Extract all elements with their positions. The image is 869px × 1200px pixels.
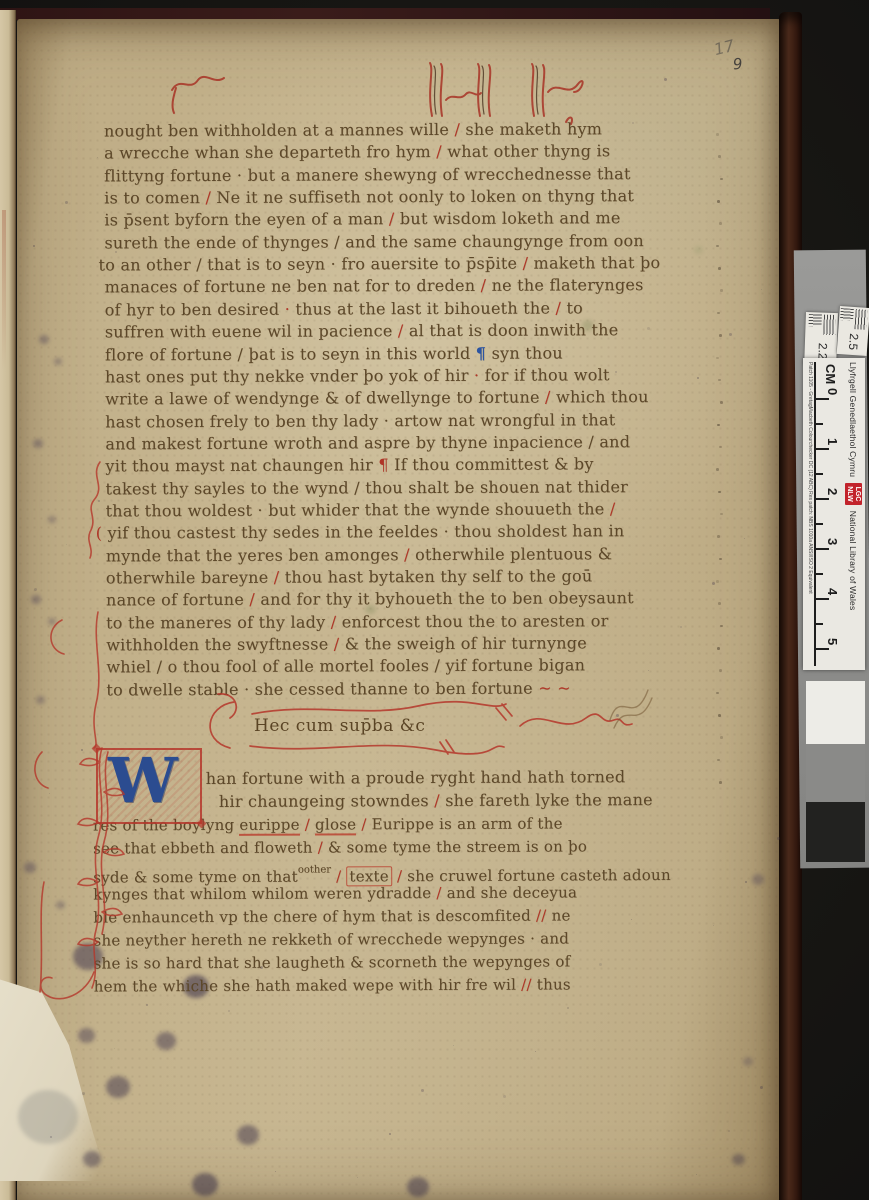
half-cm-tick — [816, 523, 823, 525]
ink-text: If thou committest & by — [394, 455, 594, 475]
ink-text: ne — [552, 906, 571, 924]
manuscript-line: manaces of fortune ne ben nat for to dre… — [105, 277, 644, 297]
red-virgule: / — [300, 816, 315, 834]
manuscript-line: nought ben withholden at a mannes wille … — [104, 120, 602, 140]
red-virgule: / — [449, 120, 465, 139]
ink-text: to an other / that is to seyn · fro auer… — [98, 254, 517, 275]
ink-text: she maketh hym — [465, 119, 602, 139]
ink-text: she fareth lyke the mane — [445, 790, 653, 810]
ink-text: but wisdom loketh and me — [400, 209, 621, 229]
red-virgule: · — [469, 366, 485, 385]
red-virgule: // — [531, 906, 552, 924]
ink-text: ne the flaterynges — [492, 276, 644, 296]
manuscript-line: nance of fortune / and for thy it byhoue… — [106, 589, 634, 609]
resolution-stripes-icon — [840, 308, 854, 321]
ink-text: she cruwel fortune casteth adoun — [407, 866, 671, 885]
manuscript-line: flore of fortune / þat is to seyn in thi… — [105, 344, 563, 364]
ink-text: Ne it ne suffiseth not oonly to loken on… — [216, 186, 634, 207]
manuscript-line: and makest fortune wroth and aspre by th… — [105, 433, 630, 453]
ink-text: & some tyme the streem is on þo — [328, 837, 587, 856]
ink-text: manaces of fortune ne ben nat for to dre… — [105, 276, 476, 297]
red-virgule: / — [429, 791, 445, 810]
ink-text: enforcest thou the to aresten or — [342, 611, 609, 631]
red-virgule: / — [475, 276, 491, 295]
cm-tick — [816, 448, 829, 450]
ruler-fine-print: Patch 1105 - GretagMacbeth Colourchecker… — [804, 358, 814, 670]
ink-text: thus at the last it bihoueth the — [295, 298, 550, 318]
red-virgule: / — [431, 142, 447, 161]
red-virgule: / — [399, 545, 415, 564]
ink-text: and makest fortune wroth and aspre by th… — [105, 432, 630, 453]
cm-unit-label: CM — [823, 364, 838, 384]
red-virgule: / — [550, 298, 566, 317]
ink-text: glose — [315, 815, 356, 835]
manuscript-line: sureth the ende of thynges / and the sam… — [104, 232, 644, 252]
manuscript-line: flittyng fortune · but a manere shewyng … — [104, 165, 631, 185]
red-virgule: / — [331, 867, 346, 885]
institution-name-welsh: Llyfrgell Genedlaethol Cymru — [849, 362, 859, 477]
red-virgule: / — [384, 210, 400, 229]
red-virgule: // — [516, 976, 537, 994]
manuscript-line: is to comen / Ne it ne suffiseth not oon… — [104, 187, 634, 207]
red-virgule: / — [392, 321, 408, 340]
manuscript-line: write a lawe of wendynge & of dwellynge … — [105, 388, 649, 408]
red-virgule: / — [356, 815, 371, 833]
grayscale-patch-gray — [806, 744, 865, 802]
ink-text: sureth the ende of thynges / and the sam… — [104, 231, 644, 252]
ink-text: nought ben withholden at a mannes wille — [104, 120, 449, 141]
ink-text: to — [566, 298, 583, 317]
resolution-patch-2-5: 2.5 — [837, 306, 869, 356]
ink-text: Eurippe is an arm of the — [372, 814, 563, 833]
manuscript-line: yit thou mayst nat chaungen hir ¶ If tho… — [105, 456, 593, 476]
cm-tick-number: 3 — [825, 538, 840, 545]
ink-text: of hyr to ben desired — [105, 299, 280, 319]
red-virgule: / — [392, 867, 407, 885]
manuscript-line: otherwhile bareyne / thou hast bytaken t… — [106, 567, 593, 587]
ink-text: hast ones put thy nekke vnder þo yok of … — [105, 366, 469, 387]
nlw-logo-line: NLW — [847, 486, 854, 502]
ink-text: han fortune with a proude ryght hand hat… — [206, 767, 626, 788]
grayscale-patch-black — [806, 802, 865, 862]
manuscript-line: ( yif thou castest thy sedes in the feel… — [96, 522, 625, 542]
ink-text: maketh that þo — [533, 253, 660, 273]
rubric-incipit: Hec cum sup̄ba &c — [254, 716, 425, 736]
photographed-manuscript-page: 17 9 nought ben withholden at a mannes w… — [0, 0, 869, 1200]
resolution-patch-label: 2.5 — [846, 333, 861, 351]
red-virgule: / — [313, 838, 328, 856]
cm-tick-number: 4 — [825, 588, 840, 595]
manuscript-line: whiel / o thou fool of alle mortel foole… — [106, 657, 585, 677]
manuscript-line: to an other / that is to seyn · fro auer… — [98, 254, 660, 274]
manuscript-line: to the maneres of thy lady / enforcest t… — [106, 612, 608, 632]
cm-tick-number: 0 — [825, 388, 840, 395]
half-cm-tick — [816, 623, 823, 625]
ink-text: and for thy it byhoueth the to ben obeys… — [260, 588, 634, 609]
red-virgule: / — [431, 884, 446, 902]
cm-tick — [816, 648, 829, 650]
red-virgule: / — [540, 388, 556, 407]
ink-text: whiel / o thou fool of alle mortel foole… — [106, 656, 585, 677]
blue-paraph: ¶ — [476, 343, 487, 362]
ink-text: is p̄sent byforn the eyen of a man — [104, 210, 383, 230]
resolution-stripes-icon — [809, 314, 822, 326]
manuscript-line: han fortune with a proude ryght hand hat… — [206, 768, 626, 788]
cm-tick-number: 2 — [825, 488, 840, 495]
half-cm-tick — [816, 473, 823, 475]
ink-text: for if thou wolt — [485, 365, 610, 385]
red-virgule: / — [268, 568, 284, 587]
ink-text: thus — [537, 975, 571, 993]
ink-text: is to comen — [104, 188, 200, 207]
manuscript-line: a wrecche whan she departeth fro hym / w… — [104, 143, 610, 163]
ink-text: otherwhile plentuous & — [415, 544, 612, 564]
ink-text: write a lawe of wendynge & of dwellynge … — [105, 388, 540, 409]
red-virgule: / — [200, 188, 216, 207]
red-virgule: / — [244, 590, 260, 609]
institution-name-english: National Library of Wales — [849, 511, 859, 611]
half-cm-tick — [816, 573, 823, 575]
ink-text: and she deceyua — [447, 883, 578, 902]
red-margin-penwork — [28, 452, 168, 1012]
half-cm-tick — [816, 423, 823, 425]
ink-text: takest thy sayles to the wynd / thou sha… — [105, 477, 628, 498]
manuscript-line: suffren with euene wil in pacience / al … — [105, 321, 619, 341]
ink-text: flittyng fortune · but a manere shewyng … — [104, 164, 631, 185]
manuscript-line: hast ones put thy nekke vnder þo yok of … — [105, 366, 610, 386]
ink-text: hast chosen frely to ben thy lady · arto… — [105, 410, 615, 431]
ink-text: yif thou castest thy sedes in the feelde… — [107, 521, 624, 542]
ink-text: thou hast bytaken thy self to the goū — [285, 566, 593, 586]
ink-text: what other thyng is — [447, 142, 610, 162]
red-virgule: / — [517, 254, 533, 273]
cm-tick — [816, 398, 829, 400]
manuscript-line: takest thy sayles to the wynd / thou sha… — [105, 478, 628, 498]
ink-text: flore of fortune / þat is to seyn in thi… — [105, 343, 476, 364]
manuscript-line: hir chaungeing stowndes / she fareth lyk… — [219, 791, 653, 811]
cm-tick — [816, 498, 829, 500]
red-virgule: · — [279, 299, 295, 318]
cm-tick-number: 5 — [825, 638, 840, 645]
red-virgule: ¶ — [378, 455, 394, 474]
ink-text: a wrecche whan she departeth fro hym — [104, 142, 431, 162]
ink-text: oother — [298, 864, 331, 875]
manuscript-line: that thou woldest · but whider that the … — [106, 500, 616, 520]
cm-tick-number: 1 — [825, 438, 840, 445]
resolution-stripes-icon — [823, 315, 836, 335]
cm-tick — [816, 598, 829, 600]
ink-text: syn thou — [486, 343, 563, 362]
nlw-logo-line: LGC — [854, 487, 861, 502]
cm-scale: CM 012345 — [814, 362, 844, 666]
ink-text: & the sweigh of hir turnynge — [345, 633, 587, 653]
manuscript-line: hast chosen frely to ben thy lady · arto… — [105, 411, 615, 431]
red-virgule: / — [328, 634, 344, 653]
manuscript-line: syde & some tyme on thatoother / texte /… — [93, 860, 671, 887]
nlw-logo: LGC NLW — [845, 483, 862, 505]
ink-text: that thou woldest · but whider that the … — [106, 499, 605, 520]
resolution-stripes-icon — [854, 309, 867, 330]
manuscript-line: of hyr to ben desired · thus at the last… — [105, 299, 583, 319]
ink-text: eurippe — [239, 816, 299, 836]
ink-text: hir chaungeing stowndes — [219, 791, 429, 811]
cm-tick — [816, 548, 829, 550]
brown-margin-doodle — [600, 678, 660, 740]
nlw-ruler: Llyfrgell Genedlaethol Cymru LGC NLW Nat… — [803, 358, 865, 670]
manuscript-line: mynde that the yeres ben amonges / other… — [106, 545, 612, 565]
red-virgule: / — [325, 612, 341, 631]
ink-text: al that is doon inwith the — [409, 320, 619, 340]
manuscript-line: is p̄sent byforn the eyen of a man / but… — [104, 210, 620, 230]
grayscale-patch-white — [806, 681, 865, 744]
ink-text: which thou — [556, 387, 649, 406]
ink-text: suffren with euene wil in pacience — [105, 321, 393, 341]
red-virgule: / — [604, 499, 615, 518]
manuscript-line: withholden the swyftnesse / & the sweigh… — [106, 634, 587, 654]
